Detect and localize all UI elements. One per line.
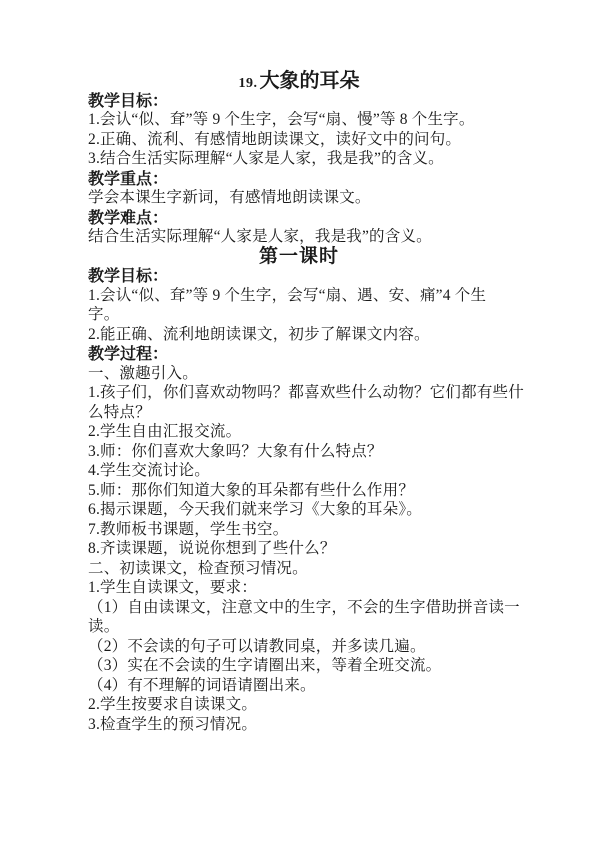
lesson-number: 19. <box>239 76 258 91</box>
body-line: 4.学生交流讨论。 <box>88 461 510 481</box>
body-line: 3.检查学生的预习情况。 <box>88 715 510 735</box>
lesson-title: 19.大象的耳朵 <box>88 70 510 91</box>
section-heading: 教学重点： <box>88 169 510 189</box>
body-line: 1.学生自读课文，要求： <box>88 578 510 598</box>
body-line: 1.会认“似、耷”等 9 个生字，会写“扇、慢”等 8 个生字。 <box>88 110 510 130</box>
document-page: 19.大象的耳朵 教学目标：1.会认“似、耷”等 9 个生字，会写“扇、慢”等 … <box>0 0 595 842</box>
body-line: 2.学生按要求自读课文。 <box>88 695 510 715</box>
body-line: 学会本课生字新词，有感情地朗读课文。 <box>88 188 510 208</box>
body-line: （1）自由读课文，注意文中的生字，不会的生字借助拼音读一 <box>88 598 510 618</box>
body-line: 3.师：你们喜欢大象吗？大象有什么特点？ <box>88 442 510 462</box>
body-line: 3.结合生活实际理解“人家是人家，我是我”的含义。 <box>88 149 510 169</box>
section-heading: 教学目标： <box>88 266 510 286</box>
body-line: （4）有不理解的词语请圈出来。 <box>88 676 510 696</box>
body-line: 8.齐读课题，说说你想到了些什么？ <box>88 539 510 559</box>
body-line: 字。 <box>88 305 510 325</box>
body-line: 2.学生自由汇报交流。 <box>88 422 510 442</box>
session-title: 第一课时 <box>88 247 510 267</box>
section-heading: 教学过程： <box>88 344 510 364</box>
body-line: （3）实在不会读的生字请圈出来，等着全班交流。 <box>88 656 510 676</box>
body-line: 1.会认“似、耷”等 9 个生字，会写“扇、遇、安、痛”4 个生 <box>88 286 510 306</box>
lesson-title-text: 大象的耳朵 <box>260 68 360 92</box>
document-body: 教学目标：1.会认“似、耷”等 9 个生字，会写“扇、慢”等 8 个生字。2.正… <box>88 91 510 735</box>
body-line: 7.教师板书课题，学生书空。 <box>88 520 510 540</box>
body-line: 结合生活实际理解“人家是人家，我是我”的含义。 <box>88 227 510 247</box>
body-line: 读。 <box>88 617 510 637</box>
section-heading: 教学目标： <box>88 91 510 111</box>
document-content: 19.大象的耳朵 教学目标：1.会认“似、耷”等 9 个生字，会写“扇、慢”等 … <box>88 70 510 734</box>
body-line: （2）不会读的句子可以请教同桌，并多读几遍。 <box>88 637 510 657</box>
body-line: 1.孩子们，你们喜欢动物吗？都喜欢些什么动物？它们都有些什 <box>88 383 510 403</box>
body-line: 2.正确、流利、有感情地朗读课文，读好文中的问句。 <box>88 130 510 150</box>
body-line: 5.师：那你们知道大象的耳朵都有些什么作用？ <box>88 481 510 501</box>
body-line: 二、初读课文，检查预习情况。 <box>88 559 510 579</box>
body-line: 2.能正确、流利地朗读课文，初步了解课文内容。 <box>88 325 510 345</box>
body-line: 一、激趣引入。 <box>88 364 510 384</box>
body-line: 6.揭示课题，今天我们就来学习《大象的耳朵》。 <box>88 500 510 520</box>
body-line: 么特点？ <box>88 403 510 423</box>
section-heading: 教学难点： <box>88 208 510 228</box>
